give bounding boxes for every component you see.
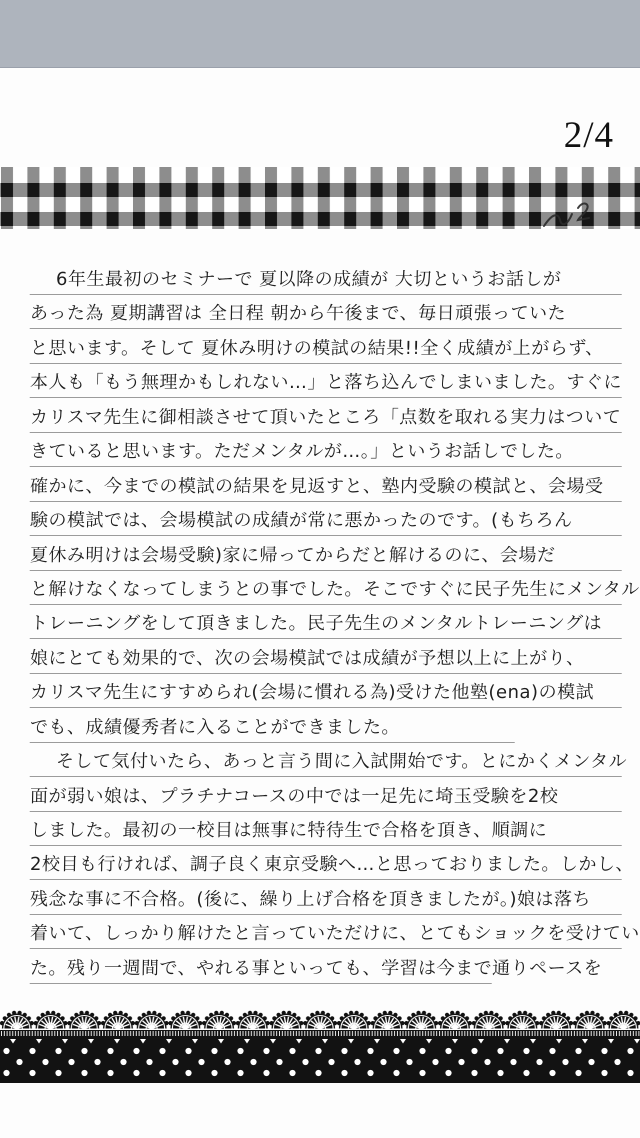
page-number: 2/4 [564, 114, 614, 157]
letter-line: 残念な事に不合格。(後に、繰り上げ合格を頂きましたが。)娘は落ち [30, 881, 623, 915]
letter-line: 娘にとても効果的で、次の会場模試では成績が予想以上に上がり、 [30, 640, 623, 674]
letter-line: 本人も「もう無理かもしれない…」と落ち込んでしまいました。すぐに [30, 364, 623, 398]
polka-dot-border [0, 1037, 640, 1083]
lace-border-graphic [0, 1000, 640, 1037]
letter-line: 2校目も行ければ、調子良く東京受験へ…と思っておりました。しかし、 [30, 846, 623, 880]
letter-body: 6年生最初のセミナーで 夏以降の成績が 大切というお話しがあった為 夏期講習は … [30, 261, 622, 984]
polka-dot-graphic [0, 1037, 640, 1083]
scanned-letter-page: 2/4 6年生最初のセミナーで 夏以降の成績が 大切というお話しがあっ [0, 0, 640, 1138]
squiggle-icon [540, 196, 610, 232]
letter-line: 確かに、今までの模試の結果を見返すと、塾内受験の模試と、会場受 [30, 468, 623, 502]
top-gray-bar [0, 0, 640, 68]
letter-line: 着いて、しっかり解けたと言っていただけに、とてもショックを受けていまし [30, 915, 623, 949]
letter-line: でも、成績優秀者に入ることができました。 [30, 709, 516, 743]
letter-line: あった為 夏期講習は 全日程 朝から午後まで、毎日頑張っていた [30, 295, 623, 329]
letter-line: カリスマ先生に御相談させて頂いたところ「点数を取れる実力はついて [30, 399, 623, 433]
letter-line: と思います。そして 夏休み明けの模試の結果!!全く成績が上がらず、 [30, 330, 623, 364]
letter-line: きていると思います。ただメンタルが…。」というお話しでした。 [30, 433, 623, 467]
letter-line: 6年生最初のセミナーで 夏以降の成績が 大切というお話しが [30, 261, 623, 295]
letter-line: しました。最初の一校目は無事に特待生で合格を頂き、順調に [30, 812, 623, 846]
letter-line: カリスマ先生にすすめられ(会場に慣れる為)受けた他塾(ena)の模試 [30, 674, 623, 708]
letter-line: 面が弱い娘は、プラチナコースの中では一足先に埼玉受験を2校 [30, 778, 623, 812]
letter-line: 験の模試では、会場模試の成績が常に悪かったのです。(もちろん [30, 502, 623, 536]
handwritten-mark [540, 196, 610, 232]
letter-line: トレーニングをして頂きました。民子先生のメンタルトレーニングは [30, 605, 623, 639]
lace-border [0, 1000, 640, 1037]
letter-line: 夏休み明けは会場受験)家に帰ってからだと解けるのに、会場だ [30, 537, 623, 571]
letter-line: と解けなくなってしまうとの事でした。そこですぐに民子先生にメンタル [30, 571, 623, 605]
letter-line: た。残り一週間で、やれる事といっても、学習は今まで通りペースを [30, 950, 492, 984]
letter-line: そして気付いたら、あっと言う間に入試開始です。とにかくメンタル [30, 743, 623, 777]
